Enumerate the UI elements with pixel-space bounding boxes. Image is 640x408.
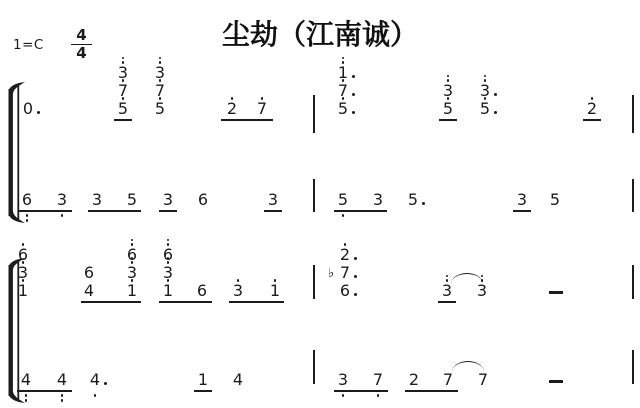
beam-line [513,210,531,212]
note-digit: 3 [158,192,178,208]
note-digit: 3 [150,65,170,81]
note-digit: 7 [335,265,355,281]
beam-line [438,301,456,303]
score-body: 0573573275715353263353635353513646136136… [0,0,640,408]
augmentation-dot [422,202,425,205]
note-digit: 3 [475,83,495,99]
note-digit: 4 [228,372,248,388]
note-digit: 6 [79,265,99,281]
note-digit: 1 [122,283,142,299]
note-digit: 6 [335,283,355,299]
note-digit: 2 [335,247,355,263]
barline [632,179,634,212]
note-digit: 3 [438,83,458,99]
octave-dot-above [131,239,134,242]
note-digit: 2 [222,101,242,117]
barline [313,179,315,212]
octave-dot-below [342,394,345,397]
note-digit: 3 [472,283,492,299]
augmentation-dot [494,93,497,96]
tie-arc [452,361,484,372]
octave-dot-above [446,275,449,278]
augmentation-dot [352,75,355,78]
beam-line [88,210,141,212]
note-digit: 3 [368,192,388,208]
note-digit: 2 [404,372,424,388]
note-digit: 3 [437,283,457,299]
beam-line [334,210,387,212]
octave-dot-above [484,75,487,78]
note-digit: 7 [252,101,272,117]
note-digit: 5 [403,192,423,208]
note-digit: 7 [368,372,388,388]
barline [632,265,634,299]
beam-line [439,119,457,121]
note-digit: 5 [122,192,142,208]
beam-line [194,390,212,392]
beam-line [221,119,273,121]
note-digit: 5 [113,101,133,117]
beam-line [159,301,212,303]
note-digit: 7 [438,372,458,388]
barline [313,95,315,133]
beam-line [159,210,177,212]
octave-dot-above [159,57,162,60]
augmentation-dot [352,93,355,96]
octave-dot-above [481,275,484,278]
octave-dot-above [447,75,450,78]
augmentation-dot [104,382,107,385]
note-digit: 3 [512,192,532,208]
note-digit: 1 [265,283,285,299]
barline [313,265,315,299]
augmentation-dot [354,275,357,278]
note-digit: 6 [193,192,213,208]
note-digit: 7 [473,372,493,388]
beam-line [405,390,458,392]
beam-line [264,210,282,212]
barline [632,350,634,384]
note-digit: 3 [52,192,72,208]
note-digit: 6 [158,247,178,263]
octave-dot-below [377,394,380,397]
octave-dot-above [122,57,125,60]
augmentation-dot [354,293,357,296]
octave-dot-above [167,239,170,242]
beam-line [334,390,388,392]
note-digit: 5 [150,101,170,117]
augmentation-dot [37,111,40,114]
flat-icon: ♭ [328,267,334,280]
note-digit: 5 [475,101,495,117]
note-digit: 2 [582,101,602,117]
beam-line [583,119,601,121]
note-digit: 5 [333,101,353,117]
note-digit: 1 [158,283,178,299]
note-digit: 1 [193,372,213,388]
staff-bracket-icon [5,258,31,403]
beam-line [114,119,132,121]
octave-dot-above [342,57,345,60]
note-digit: 4 [52,372,72,388]
note-digit: 7 [333,83,353,99]
note-digit: 7 [113,83,133,99]
augmentation-dot [354,257,357,260]
note-digit: 3 [158,265,178,281]
dash-rest [549,380,563,383]
note-digit: 1 [333,65,353,81]
note-digit: 6 [192,283,212,299]
beam-line [229,301,284,303]
tie-arc [451,273,483,284]
note-digit: 3 [263,192,283,208]
note-digit: 7 [150,83,170,99]
octave-dot-below [61,214,64,217]
note-digit: 5 [438,101,458,117]
note-digit: 4 [85,372,105,388]
octave-dot-below [61,394,64,397]
staff-bracket-icon [5,82,31,223]
note-digit: 3 [333,372,353,388]
barline [632,95,634,133]
augmentation-dot [494,111,497,114]
note-digit: 4 [79,283,99,299]
dash-rest [549,291,563,294]
barline [313,350,315,384]
note-digit: 5 [545,192,565,208]
augmentation-dot [352,111,355,114]
octave-dot-below [342,214,345,217]
note-digit: 3 [87,192,107,208]
note-digit: 5 [333,192,353,208]
octave-dot-below [61,399,64,402]
note-digit: 3 [113,65,133,81]
note-digit: 6 [122,247,142,263]
note-digit: 3 [122,265,142,281]
beam-line [81,301,141,303]
sheet-music-page: 1=C 4 4 尘劫（江南诚） 057357327571535326335363… [0,0,640,408]
note-digit: 3 [228,283,248,299]
octave-dot-below [94,394,97,397]
